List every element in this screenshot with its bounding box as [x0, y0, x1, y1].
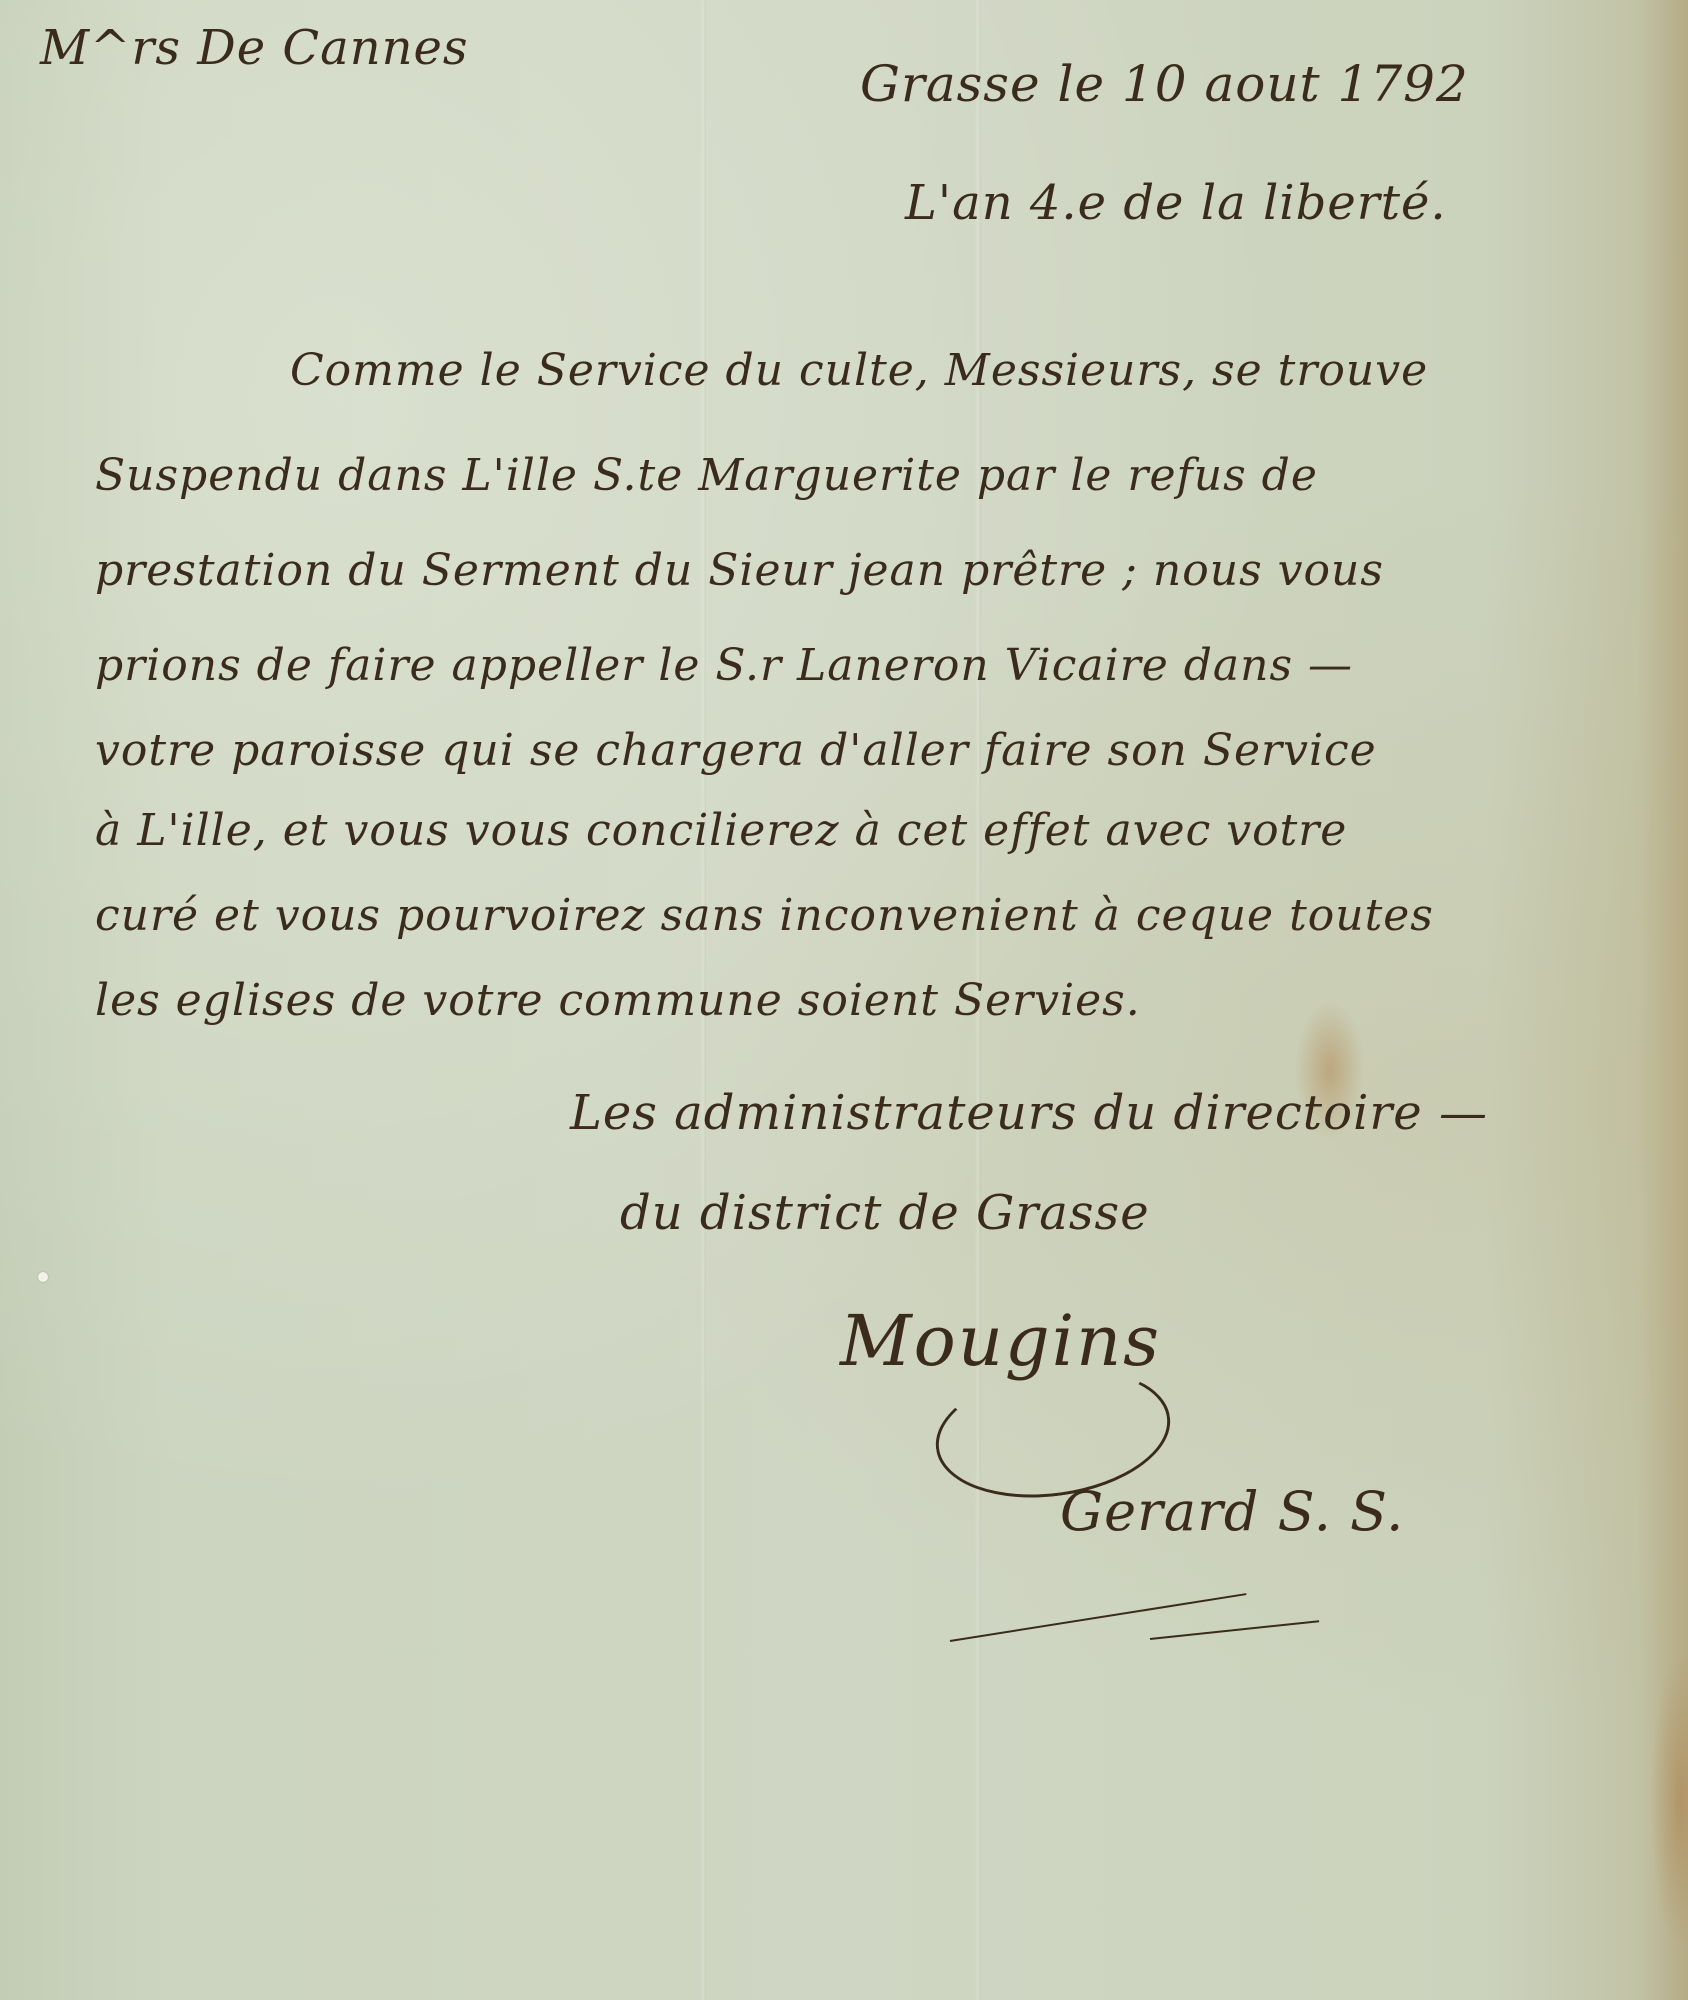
- closing-line: du district de Grasse: [620, 1185, 1150, 1241]
- body-line: prestation du Serment du Sieur jean prêt…: [95, 545, 1384, 596]
- closing-line: Les administrateurs du directoire —: [570, 1085, 1488, 1141]
- body-line: Comme le Service du culte, Messieurs, se…: [290, 345, 1428, 396]
- body-line: curé et vous pourvoirez sans inconvenien…: [95, 890, 1434, 941]
- place-date: Grasse le 10 aout 1792: [860, 55, 1469, 113]
- paper-hole: [38, 1272, 48, 1282]
- signature-gerard: Gerard S. S.: [1060, 1480, 1404, 1543]
- body-line: les eglises de votre commune soient Serv…: [95, 975, 1141, 1026]
- body-line: votre paroisse qui se chargera d'aller f…: [95, 725, 1377, 776]
- signature-mougins: Mougins: [840, 1300, 1161, 1382]
- body-line: Suspendu dans L'ille S.te Marguerite par…: [95, 450, 1318, 501]
- addressee: M^rs De Cannes: [40, 20, 469, 76]
- year-of-liberty: L'an 4.e de la liberté.: [905, 175, 1447, 231]
- letter-page: M^rs De Cannes Grasse le 10 aout 1792 L'…: [0, 0, 1688, 2000]
- body-line: prions de faire appeller le S.r Laneron …: [95, 640, 1353, 691]
- signature-underline: [1150, 1620, 1319, 1640]
- paper-edge-stain: [1650, 1650, 1688, 1950]
- signature-underline: [950, 1593, 1247, 1642]
- body-line: à L'ille, et vous vous concilierez à cet…: [95, 805, 1347, 856]
